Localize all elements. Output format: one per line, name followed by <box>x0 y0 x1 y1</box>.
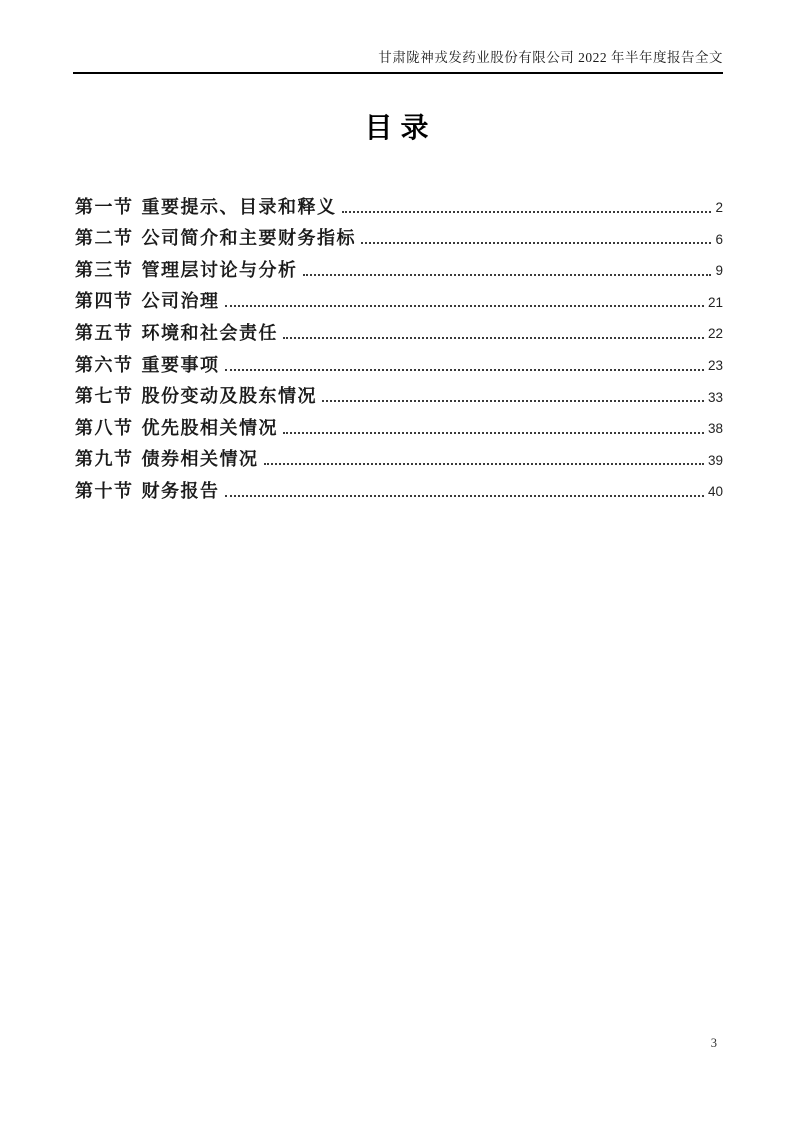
toc-entry-title: 公司治理 <box>142 292 220 310</box>
toc-entry-title: 环境和社会责任 <box>142 324 279 342</box>
toc-entry-number: 第三节 <box>75 261 134 279</box>
dot-leader <box>361 242 711 244</box>
toc-entry-page: 40 <box>708 485 723 499</box>
toc-entry-title: 管理层讨论与分析 <box>142 261 298 279</box>
toc-entry-page: 22 <box>708 327 723 341</box>
toc-entry-page: 23 <box>708 359 723 373</box>
toc-entry-5[interactable]: 第五节 环境和社会责任 22 <box>75 317 723 349</box>
header-divider <box>73 72 723 74</box>
toc-entry-4[interactable]: 第四节 公司治理 21 <box>75 286 723 318</box>
toc-entry-page: 9 <box>715 264 723 278</box>
toc-entry-6[interactable]: 第六节 重要事项 23 <box>75 349 723 381</box>
toc-entry-number: 第九节 <box>75 450 134 468</box>
toc-entry-title: 公司简介和主要财务指标 <box>142 229 357 247</box>
toc-entry-title: 债券相关情况 <box>142 450 259 468</box>
toc-entry-number: 第二节 <box>75 229 134 247</box>
toc-entry-title: 重要事项 <box>142 356 220 374</box>
toc-entry-2[interactable]: 第二节 公司简介和主要财务指标 6 <box>75 223 723 255</box>
toc-entry-number: 第六节 <box>75 356 134 374</box>
dot-leader <box>225 369 704 371</box>
toc-entry-page: 39 <box>708 454 723 468</box>
dot-leader <box>225 495 704 497</box>
toc-entry-title: 财务报告 <box>142 482 220 500</box>
toc-entry-page: 6 <box>715 233 723 247</box>
toc-entry-3[interactable]: 第三节 管理层讨论与分析 9 <box>75 254 723 286</box>
page-header: 甘肃陇神戎发药业股份有限公司 2022 年半年度报告全文 <box>378 50 723 66</box>
toc-heading: 目录 <box>0 106 793 146</box>
toc-entry-number: 第七节 <box>75 387 134 405</box>
report-page: 甘肃陇神戎发药业股份有限公司 2022 年半年度报告全文 目录 第一节 重要提示… <box>0 0 793 1122</box>
footer-page-number: 3 <box>711 1036 717 1051</box>
toc-entry-page: 21 <box>708 296 723 310</box>
toc-entry-title: 优先股相关情况 <box>142 419 279 437</box>
toc-entry-7[interactable]: 第七节 股份变动及股东情况 33 <box>75 381 723 413</box>
toc-entry-page: 2 <box>715 201 723 215</box>
table-of-contents: 第一节 重要提示、目录和释义 2 第二节 公司简介和主要财务指标 6 第三节 管… <box>75 191 723 507</box>
dot-leader <box>264 463 704 465</box>
toc-entry-page: 38 <box>708 422 723 436</box>
dot-leader <box>225 305 704 307</box>
toc-entry-title: 重要提示、目录和释义 <box>142 198 337 216</box>
toc-entry-number: 第一节 <box>75 198 134 216</box>
toc-entry-1[interactable]: 第一节 重要提示、目录和释义 2 <box>75 191 723 223</box>
dot-leader <box>283 432 704 434</box>
toc-entry-10[interactable]: 第十节 财务报告 40 <box>75 475 723 507</box>
toc-entry-number: 第八节 <box>75 419 134 437</box>
toc-entry-page: 33 <box>708 391 723 405</box>
dot-leader <box>342 211 712 213</box>
toc-entry-title: 股份变动及股东情况 <box>142 387 318 405</box>
toc-entry-number: 第十节 <box>75 482 134 500</box>
dot-leader <box>322 400 704 402</box>
toc-entry-8[interactable]: 第八节 优先股相关情况 38 <box>75 412 723 444</box>
dot-leader <box>283 337 704 339</box>
toc-entry-number: 第五节 <box>75 324 134 342</box>
dot-leader <box>303 274 712 276</box>
toc-entry-number: 第四节 <box>75 292 134 310</box>
toc-entry-9[interactable]: 第九节 债券相关情况 39 <box>75 444 723 476</box>
